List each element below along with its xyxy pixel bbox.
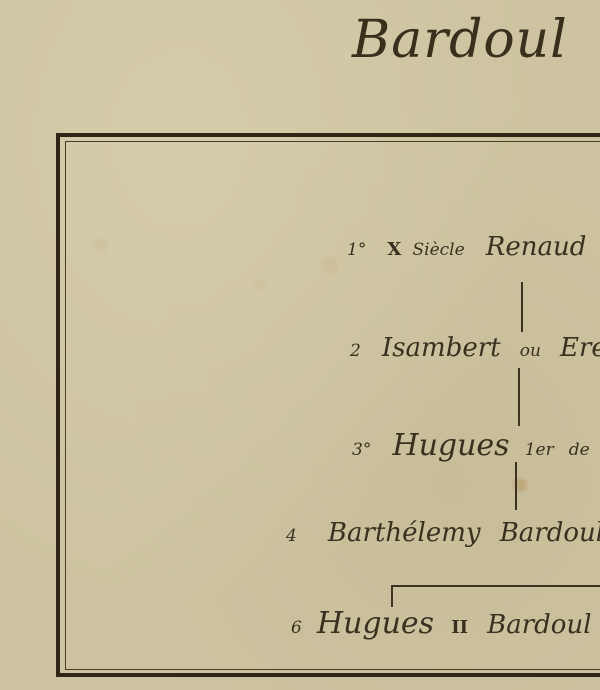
surname: Bardoul [487,610,591,640]
document-title: Bardoul [352,0,568,80]
particle: de [569,440,590,460]
generation-1-entry: 1° X Siècle Renaud [347,232,586,262]
generation-number: 4 [286,526,297,546]
surname: Bardoul [500,518,600,548]
generation-number: 3° [352,440,371,460]
person-name: Renaud [486,232,587,262]
generation-2-entry: 2 Isambert ou Erem [350,333,600,363]
generation-number: 2 [350,341,361,361]
lineage-connector [515,462,517,510]
lineage-connector [518,368,520,426]
name-connector: ou [520,341,541,361]
generation-4-entry: 4 Barthélemy Bardoul [286,518,600,548]
alternate-name: Erem [560,333,600,363]
generation-number: 1° [347,240,366,260]
inner-frame-border [65,141,600,670]
person-name: Hugues [317,606,434,641]
person-name: Hugues [392,428,509,463]
ordinal: 1er [525,440,554,460]
person-name: Barthélemy [328,518,481,548]
ordinal: II [451,617,468,638]
lineage-connector [391,585,393,607]
generation-number: 6 [291,618,302,638]
generation-6-entry: 6 Hugues II Bardoul [291,606,592,641]
century-numeral: X [387,239,401,260]
lineage-connector [521,282,523,332]
century-label: Siècle [412,240,464,260]
branch-connector [391,585,600,587]
document-page: Bardoul 1° X Siècle Renaud 2 Isambert ou… [0,0,600,690]
generation-3-entry: 3° Hugues 1er de Bro [352,428,600,463]
person-name: Isambert [382,333,501,363]
